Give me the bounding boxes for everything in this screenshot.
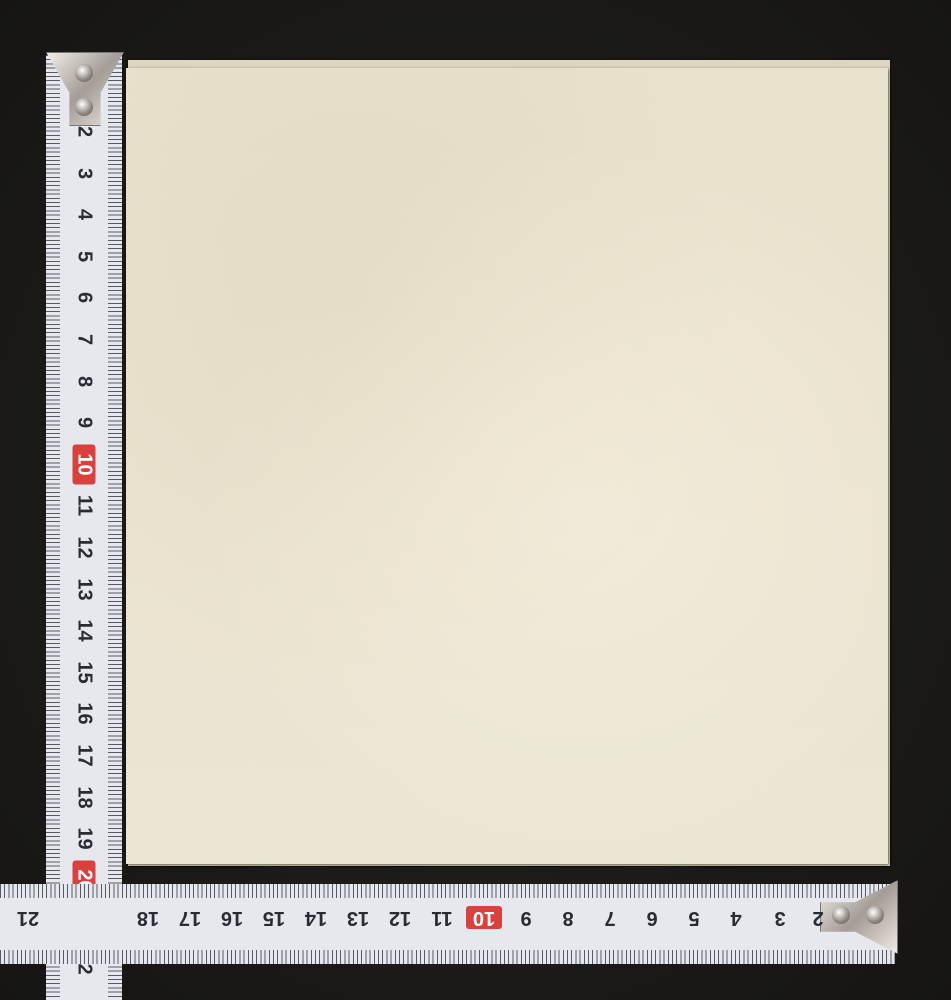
- tape-number: 14: [73, 611, 96, 651]
- tape-number: 8: [73, 361, 96, 401]
- tape-number: 15: [256, 906, 292, 929]
- tape-number: 5: [73, 236, 96, 276]
- tape-number: 13: [340, 906, 376, 929]
- tape-number: 14: [298, 906, 334, 929]
- tape-number: 19: [73, 819, 96, 859]
- tape-number: 10: [73, 444, 96, 484]
- tape-number: 7: [592, 906, 628, 929]
- tape-number: 15: [73, 652, 96, 692]
- tape-number: 17: [73, 736, 96, 776]
- tape-number: 11: [424, 906, 460, 929]
- tape-number: 16: [214, 906, 250, 929]
- tape-number: 13: [73, 569, 96, 609]
- tape-number: 3: [762, 906, 798, 929]
- tape-number: 18: [73, 777, 96, 817]
- tape-number: 7: [73, 320, 96, 360]
- tape-number: 3: [73, 153, 96, 193]
- tape-number: 6: [73, 278, 96, 318]
- tape-number: 2: [800, 906, 836, 929]
- tape-number: 12: [73, 528, 96, 568]
- rivet-icon: [866, 906, 884, 924]
- rivet-icon: [75, 64, 93, 82]
- tape-number: 16: [73, 694, 96, 734]
- tape-number: 18: [130, 906, 166, 929]
- tape-number: 8: [550, 906, 586, 929]
- tape-number: 5: [676, 906, 712, 929]
- tape-number: 4: [718, 906, 754, 929]
- tape-number: 11: [73, 486, 96, 526]
- tape-number: 4: [73, 195, 96, 235]
- tape-number: 21: [10, 906, 46, 929]
- tape-number: 6: [634, 906, 670, 929]
- paper-sheet: [126, 68, 888, 864]
- tape-number: 9: [73, 403, 96, 443]
- tape-number: 12: [382, 906, 418, 929]
- tape-number: 9: [508, 906, 544, 929]
- tape-number: 17: [172, 906, 208, 929]
- tape-number: 10: [466, 906, 502, 929]
- tape-number: 2: [73, 112, 96, 152]
